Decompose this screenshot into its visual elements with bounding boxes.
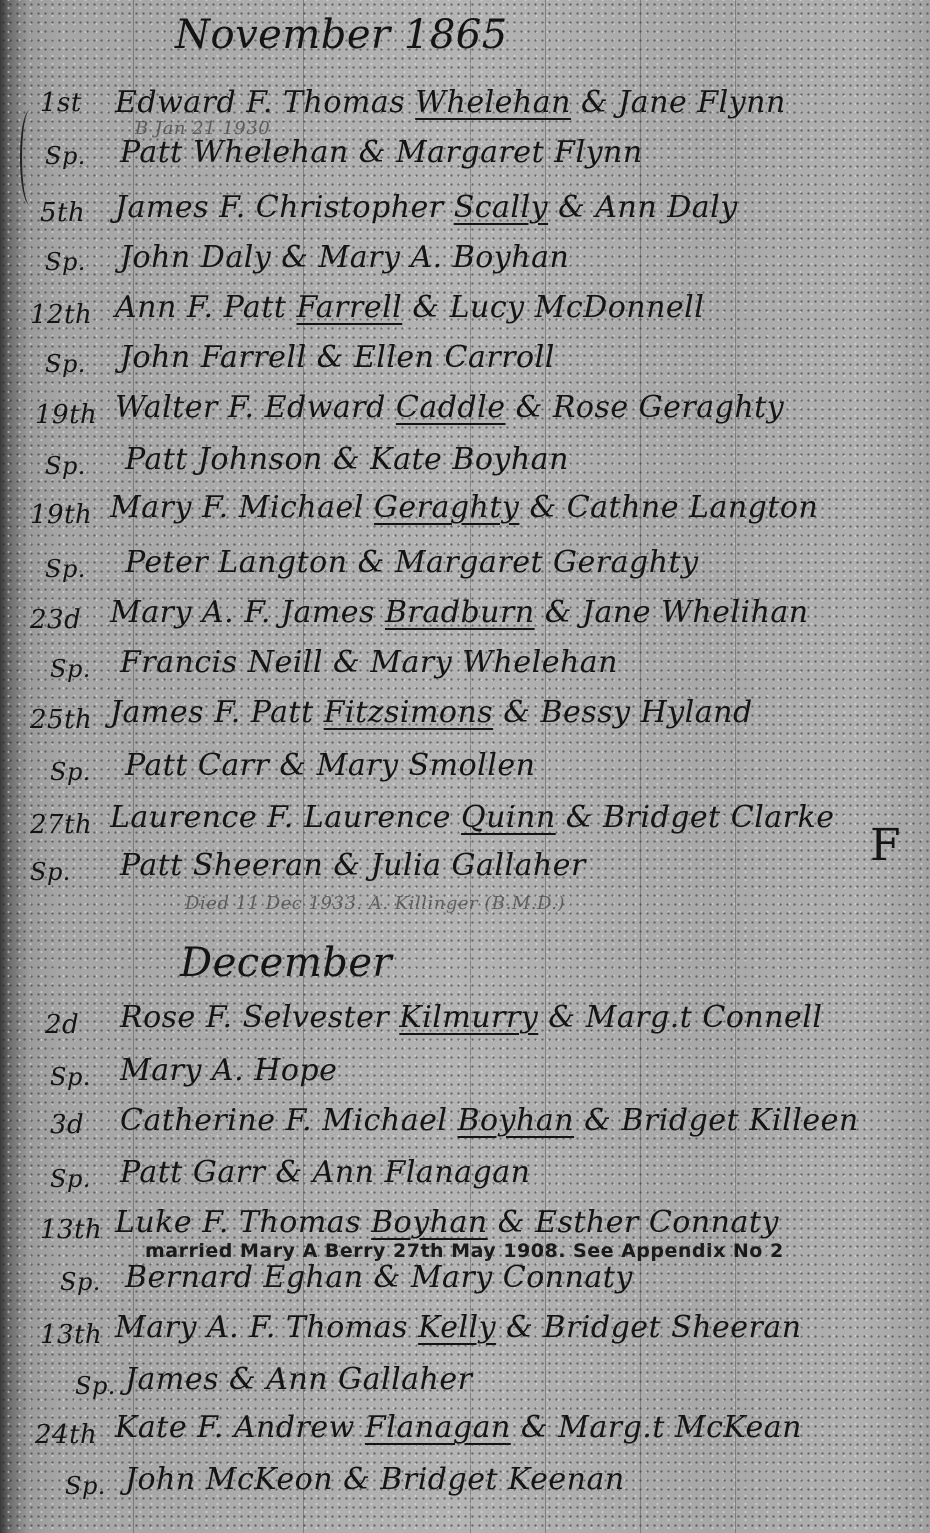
father-name: Andrew bbox=[234, 1410, 355, 1445]
father-name: Michael bbox=[322, 1103, 447, 1138]
surname: Flanagan bbox=[365, 1410, 511, 1445]
sponsors: Mary A. Hope bbox=[120, 1053, 337, 1088]
child-name: Mary A. bbox=[110, 595, 234, 630]
entry-date: 19th bbox=[35, 400, 97, 430]
ruling-line bbox=[640, 0, 641, 1533]
sponsors: Patt Sheeran & Julia Gallaher bbox=[120, 848, 586, 883]
father-name: Patt bbox=[224, 290, 287, 325]
conjunction: & bbox=[584, 1103, 611, 1138]
child-name: Edward bbox=[115, 85, 236, 120]
sponsors: Peter Langton & Margaret Geraghty bbox=[125, 545, 699, 580]
mother-name: Marg.t McKean bbox=[558, 1410, 802, 1445]
father-name: Christopher bbox=[256, 190, 444, 225]
surname: Boyhan bbox=[457, 1103, 574, 1138]
mother-name: Lucy McDonnell bbox=[450, 290, 705, 325]
sponsors: John Farrell & Ellen Carroll bbox=[120, 340, 555, 375]
entry-line: Mary A. F. Thomas Kelly & Bridget Sheera… bbox=[115, 1310, 802, 1345]
section-heading-november: November 1865 bbox=[175, 12, 508, 58]
register-page: November 1865 1st Edward F. Thomas Whele… bbox=[0, 0, 930, 1533]
mother-name: Jane Flynn bbox=[618, 85, 786, 120]
mother-name: Rose Geraghty bbox=[553, 390, 784, 425]
father-label: F. bbox=[187, 290, 214, 325]
child-name: Laurence bbox=[110, 800, 257, 835]
sponsors-label: Sp. bbox=[75, 1372, 116, 1400]
entry-line: Walter F. Edward Caddle & Rose Geraghty bbox=[115, 390, 784, 425]
surname: Quinn bbox=[461, 800, 556, 835]
sponsors-label: Sp. bbox=[50, 1063, 91, 1091]
surname: Fitzsimons bbox=[324, 695, 494, 730]
father-name: Thomas bbox=[239, 1205, 361, 1240]
father-label: F. bbox=[249, 1310, 276, 1345]
margin-bracket-mark bbox=[20, 110, 40, 205]
surname: Whelehan bbox=[415, 85, 571, 120]
entry-line: Mary A. F. James Bradburn & Jane Wheliha… bbox=[110, 595, 809, 630]
entry-line: Kate F. Andrew Flanagan & Marg.t McKean bbox=[115, 1410, 802, 1445]
surname: Caddle bbox=[396, 390, 506, 425]
child-name: James bbox=[110, 695, 204, 730]
sponsors-label: Sp. bbox=[50, 758, 91, 786]
child-name: Luke bbox=[115, 1205, 192, 1240]
sponsors-label: Sp. bbox=[45, 142, 86, 170]
entry-date: 19th bbox=[30, 500, 92, 530]
surname: Boyhan bbox=[371, 1205, 488, 1240]
father-label: F. bbox=[214, 695, 241, 730]
child-name: James bbox=[115, 190, 209, 225]
conjunction: & bbox=[548, 1000, 575, 1035]
sponsors-label: Sp. bbox=[45, 452, 86, 480]
sponsors-label: Sp. bbox=[45, 555, 86, 583]
sponsors: John McKeon & Bridget Keenan bbox=[125, 1462, 625, 1497]
child-name: Mary bbox=[110, 490, 192, 525]
entry-date: 23d bbox=[30, 605, 81, 635]
entry-date: 1st bbox=[40, 88, 82, 118]
sponsors: Patt Garr & Ann Flanagan bbox=[120, 1155, 530, 1190]
section-heading-december: December bbox=[180, 940, 392, 986]
father-name: Selvester bbox=[243, 1000, 390, 1035]
father-name: Patt bbox=[251, 695, 314, 730]
sponsors: Patt Johnson & Kate Boyhan bbox=[125, 442, 569, 477]
father-name: Laurence bbox=[304, 800, 451, 835]
entry-line: Laurence F. Laurence Quinn & Bridget Cla… bbox=[110, 800, 834, 835]
mother-name: Cathne Langton bbox=[567, 490, 819, 525]
conjunction: & bbox=[545, 595, 572, 630]
father-label: F. bbox=[202, 490, 229, 525]
surname: Kelly bbox=[418, 1310, 496, 1345]
conjunction: & bbox=[506, 1310, 533, 1345]
mother-name: Marg.t Connell bbox=[586, 1000, 823, 1035]
conjunction: & bbox=[581, 85, 608, 120]
entry-line: Rose F. Selvester Kilmurry & Marg.t Conn… bbox=[120, 1000, 823, 1035]
father-label: F. bbox=[219, 190, 246, 225]
mother-name: Bridget Killeen bbox=[621, 1103, 858, 1138]
entry-date: 13th bbox=[40, 1215, 102, 1245]
entry-line: Luke F. Thomas Boyhan & Esther Connaty bbox=[115, 1205, 779, 1240]
father-name: Thomas bbox=[283, 85, 405, 120]
child-name: Walter bbox=[115, 390, 218, 425]
surname: Scally bbox=[454, 190, 548, 225]
entry-line: James F. Christopher Scally & Ann Daly bbox=[115, 190, 738, 225]
entry-date: 13th bbox=[40, 1320, 102, 1350]
death-note: Died 11 Dec 1933. A. Killinger (B.M.D.) bbox=[185, 893, 565, 914]
mother-name: Bridget Sheeran bbox=[543, 1310, 801, 1345]
sponsors-label: Sp. bbox=[30, 858, 71, 886]
sponsors-label: Sp. bbox=[65, 1472, 106, 1500]
father-label: F. bbox=[228, 390, 255, 425]
father-name: Edward bbox=[265, 390, 386, 425]
father-label: F. bbox=[244, 595, 271, 630]
father-name: Thomas bbox=[286, 1310, 408, 1345]
ruling-line bbox=[735, 0, 736, 1533]
entry-line: Mary F. Michael Geraghty & Cathne Langto… bbox=[110, 490, 818, 525]
sponsors-label: Sp. bbox=[50, 1165, 91, 1193]
entry-line: Edward F. Thomas Whelehan & Jane Flynn bbox=[115, 85, 786, 120]
father-label: F. bbox=[267, 800, 294, 835]
entry-line: James F. Patt Fitzsimons & Bessy Hyland bbox=[110, 695, 753, 730]
child-name: Ann bbox=[115, 290, 177, 325]
entry-date: 27th bbox=[30, 810, 92, 840]
child-name: Kate bbox=[115, 1410, 187, 1445]
surname: Bradburn bbox=[385, 595, 535, 630]
entry-line: Ann F. Patt Farrell & Lucy McDonnell bbox=[115, 290, 704, 325]
conjunction: & bbox=[566, 800, 593, 835]
entry-date: 12th bbox=[30, 300, 92, 330]
sponsors-label: Sp. bbox=[45, 350, 86, 378]
sponsors-label: Sp. bbox=[50, 655, 91, 683]
entry-date: 5th bbox=[40, 198, 85, 228]
conjunction: & bbox=[529, 490, 556, 525]
conjunction: & bbox=[412, 290, 439, 325]
mother-name: Ann Daly bbox=[595, 190, 737, 225]
sponsors: Bernard Eghan & Mary Connaty bbox=[125, 1260, 633, 1295]
conjunction: & bbox=[521, 1410, 548, 1445]
conjunction: & bbox=[498, 1205, 525, 1240]
conjunction: & bbox=[516, 390, 543, 425]
mother-name: Bridget Clarke bbox=[603, 800, 834, 835]
father-label: F. bbox=[197, 1410, 224, 1445]
ruling-line bbox=[545, 0, 546, 1533]
sponsors-label: Sp. bbox=[45, 248, 86, 276]
mother-name: Jane Whelihan bbox=[582, 595, 809, 630]
father-label: F. bbox=[246, 85, 273, 120]
surname: Kilmurry bbox=[399, 1000, 538, 1035]
father-name: James bbox=[281, 595, 375, 630]
marriage-annotation: married Mary A Berry 27th May 1908. See … bbox=[145, 1240, 784, 1262]
sponsors: James & Ann Gallaher bbox=[125, 1362, 472, 1397]
father-name: Michael bbox=[239, 490, 364, 525]
child-name: Catherine bbox=[120, 1103, 275, 1138]
father-label: F. bbox=[202, 1205, 229, 1240]
mother-name: Esther Connaty bbox=[535, 1205, 779, 1240]
father-label: F. bbox=[206, 1000, 233, 1035]
child-name: Mary A. bbox=[115, 1310, 239, 1345]
child-name: Rose bbox=[120, 1000, 196, 1035]
sponsors: John Daly & Mary A. Boyhan bbox=[120, 240, 569, 275]
sponsors: Francis Neill & Mary Whelehan bbox=[120, 645, 618, 680]
entry-date: 3d bbox=[50, 1110, 84, 1140]
entry-date: 24th bbox=[35, 1420, 97, 1450]
sponsors: Patt Carr & Mary Smollen bbox=[125, 748, 535, 783]
mother-name: Bessy Hyland bbox=[541, 695, 753, 730]
surname: Geraghty bbox=[374, 490, 519, 525]
sponsors: Patt Whelehan & Margaret Flynn bbox=[120, 135, 643, 170]
surname: Farrell bbox=[296, 290, 402, 325]
father-label: F. bbox=[286, 1103, 313, 1138]
entry-date: 25th bbox=[30, 705, 92, 735]
conjunction: & bbox=[558, 190, 585, 225]
sponsors-label: Sp. bbox=[60, 1268, 101, 1296]
entry-date: 2d bbox=[45, 1010, 79, 1040]
margin-mark-f: F bbox=[870, 820, 901, 871]
conjunction: & bbox=[503, 695, 530, 730]
entry-line: Catherine F. Michael Boyhan & Bridget Ki… bbox=[120, 1103, 859, 1138]
